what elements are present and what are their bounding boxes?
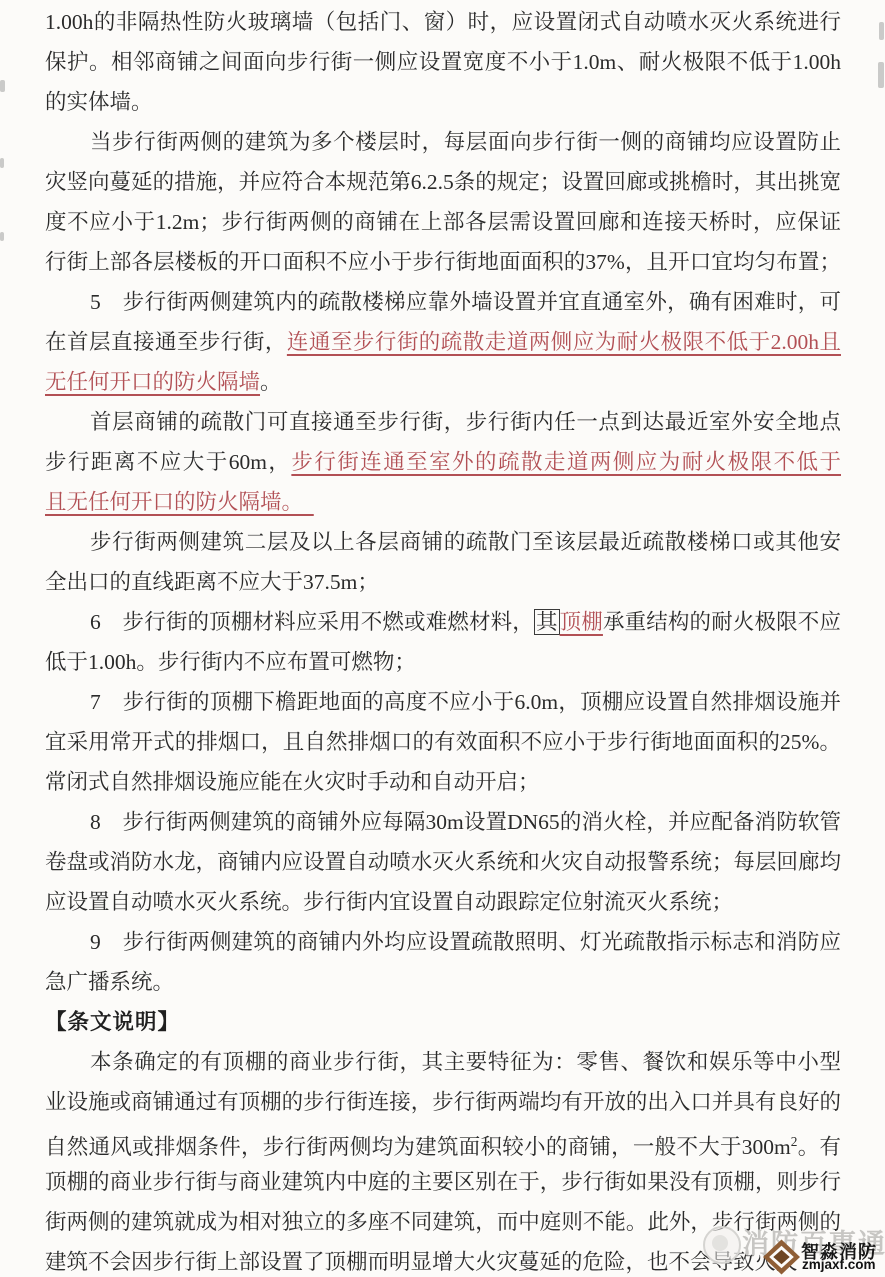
scan-artifact [0,80,5,92]
text-run: 业设施或商铺通过有顶棚的步行街连接，步行街两端均有开放的出入口并具有良好的 [45,1090,841,1114]
text-line: 7 步行街的顶棚下檐距地面的高度不应小于6.0m，顶棚应设置自然排烟设施并 [45,682,841,722]
text-line: 卷盘或消防水龙，商铺内应设置自动喷水灭火系统和火灾自动报警系统；每层回廊均 [45,842,841,882]
text-line: 急广播系统。 [45,962,841,1002]
text-run: 建筑不会因步行街上部设置了顶棚而明显增大火灾蔓延的危险，也不会导致火灾 [45,1250,798,1274]
red-underline-text: 连通至步行街的疏散走道两侧应为耐火极限不低于2.00h且 [287,330,841,354]
scan-artifact [879,22,884,40]
text-line: 步行街两侧建筑二层及以上各层商铺的疏散门至该层最近疏散楼梯口或其他安 [45,522,841,562]
text-line: 应设置自动喷水灭火系统。步行街内宜设置自动跟踪定位射流灭火系统； [45,882,841,922]
text-run: 急广播系统。 [45,970,174,994]
text-line: 行街上部各层楼板的开口面积不应小于步行街地面面积的37%，且开口宜均匀布置； [45,242,841,282]
text-line: 顶棚的商业步行街与商业建筑内中庭的主要区别在于，步行街如果没有顶棚，则步行 [45,1162,841,1202]
text-run: 宜采用常开式的排烟口，且自然排烟口的有效面积不应小于步行街地面面积的25%。 [45,730,841,754]
text-run: 9 步行街两侧建筑的商铺内外均应设置疏散照明、灯光疏散指示标志和消防应 [90,930,841,954]
document-body: 1.00h的非隔热性防火玻璃墙（包括门、窗）时，应设置闭式自动喷水灭火系统进行保… [45,2,841,1277]
text-line: 步行距离不应大于60m，步行街连通至室外的疏散走道两侧应为耐火极限不低于2.00… [45,442,841,482]
text-line: 保护。相邻商铺之间面向步行街一侧应设置宽度不小于1.0m、耐火极限不低于1.00… [45,42,841,82]
section-heading: 【条文说明】 [45,1010,180,1034]
document-page: 1.00h的非隔热性防火玻璃墙（包括门、窗）时，应设置闭式自动喷水灭火系统进行保… [0,0,885,1277]
text-run: 5 步行街两侧建筑内的疏散楼梯应靠外墙设置并宜直通室外，确有困难时，可 [90,290,841,314]
text-line: 8 步行街两侧建筑的商铺外应每隔30m设置DN65的消火栓，并应配备消防软管 [45,802,841,842]
text-run: 承重结构的耐火极限不应 [603,610,841,634]
text-run: 步行街两侧建筑二层及以上各层商铺的疏散门至该层最近疏散楼梯口或其他安 [90,530,841,554]
text-line: 自然通风或排烟条件，步行街两侧均为建筑面积较小的商铺，一般不大于300m2。有 [45,1122,841,1162]
text-line: 灾竖向蔓延的措施，并应符合本规范第6.2.5条的规定；设置回廊或挑檐时，其出挑宽 [45,162,841,202]
brand-diamond-icon [763,1239,800,1275]
scan-artifact [0,158,4,168]
text-line: 本条确定的有顶棚的商业步行街，其主要特征为：零售、餐饮和娱乐等中小型商 [45,1042,841,1082]
text-line: 度不应小于1.2m；步行街两侧的商铺在上部各层需设置回廊和连接天桥时，应保证步 [45,202,841,242]
red-underline-text: 无任何开口的防火隔墙 [45,370,260,394]
text-run: 当步行街两侧的建筑为多个楼层时，每层面向步行街一侧的商铺均应设置防止火 [90,130,841,162]
text-run: 的实体墙。 [45,90,153,114]
text-run: 自然通风或排烟条件，步行街两侧均为建筑面积较小的商铺，一般不大于300m [45,1135,791,1159]
text-line: 业设施或商铺通过有顶棚的步行街连接，步行街两端均有开放的出入口并具有良好的 [45,1082,841,1122]
text-run: 首层商铺的疏散门可直接通至步行街，步行街内任一点到达最近室外安全地点的 [90,410,841,442]
text-line: 全出口的直线距离不应大于37.5m； [45,562,841,602]
boxed-char: 其 [534,609,560,635]
text-line: 9 步行街两侧建筑的商铺内外均应设置疏散照明、灯光疏散指示标志和消防应 [45,922,841,962]
text-run: 低于1.00h。步行街内不应布置可燃物； [45,650,416,674]
text-line: 当步行街两侧的建筑为多个楼层时，每层面向步行街一侧的商铺均应设置防止火 [45,122,841,162]
text-run: 应设置自动喷水灭火系统。步行街内宜设置自动跟踪定位射流灭火系统； [45,890,733,914]
text-run: 全出口的直线距离不应大于37.5m； [45,570,379,594]
text-run: 灾竖向蔓延的措施，并应符合本规范第6.2.5条的规定；设置回廊或挑檐时，其出挑宽 [45,170,841,194]
text-run: 。 [260,370,282,394]
text-run: 。有 [797,1135,841,1159]
red-underline-text: 顶棚 [560,610,603,634]
text-run: 保护。相邻商铺之间面向步行街一侧应设置宽度不小于1.0m、耐火极限不低于1.00… [45,50,841,74]
text-line: 低于1.00h。步行街内不应布置可燃物； [45,642,841,682]
brand-url-text: zmjaxf.com [802,1257,876,1272]
text-run: 在首层直接通至步行街， [45,330,287,354]
scan-artifact [0,232,4,241]
text-line: 宜采用常开式的排烟口，且自然排烟口的有效面积不应小于步行街地面面积的25%。 [45,722,841,762]
text-line: 6 步行街的顶棚材料应采用不燃或难燃材料，其顶棚承重结构的耐火极限不应 [45,602,841,642]
text-run: 卷盘或消防水龙，商铺内应设置自动喷水灭火系统和火灾自动报警系统；每层回廊均 [45,850,841,874]
text-run: 行街上部各层楼板的开口面积不应小于步行街地面面积的37%，且开口宜均匀布置； [45,250,841,274]
text-line: 的实体墙。 [45,82,841,122]
text-run: 7 步行街的顶棚下檐距地面的高度不应小于6.0m，顶棚应设置自然排烟设施并 [90,690,841,714]
text-run: 顶棚的商业步行街与商业建筑内中庭的主要区别在于，步行街如果没有顶棚，则步行 [45,1170,841,1194]
text-line: 且无任何开口的防火隔墙。 [45,482,841,522]
text-line: 无任何开口的防火隔墙。 [45,362,841,402]
text-line: 首层商铺的疏散门可直接通至步行街，步行街内任一点到达最近室外安全地点的 [45,402,841,442]
text-run: 本条确定的有顶棚的商业步行街，其主要特征为：零售、餐饮和娱乐等中小型商 [90,1050,841,1082]
red-underline-text: 且无任何开口的防火隔墙。 [45,490,314,514]
text-run: 1.00h的非隔热性防火玻璃墙（包括门、窗）时，应设置闭式自动喷水灭火系统进行 [45,10,841,34]
scan-artifact [878,62,884,88]
text-line: 常闭式自然排烟设施应能在火灾时手动和自动开启； [45,762,841,802]
faint-circle-logo-icon [703,1226,741,1264]
text-run: 度不应小于1.2m；步行街两侧的商铺在上部各层需设置回廊和连接天桥时，应保证步 [45,210,841,242]
text-run: 6 步行街的顶棚材料应采用不燃或难燃材料， [90,610,534,634]
text-line: 1.00h的非隔热性防火玻璃墙（包括门、窗）时，应设置闭式自动喷水灭火系统进行 [45,2,841,42]
text-line: 在首层直接通至步行街，连通至步行街的疏散走道两侧应为耐火极限不低于2.00h且 [45,322,841,362]
text-run: 步行距离不应大于60m， [45,450,291,474]
text-run: 8 步行街两侧建筑的商铺外应每隔30m设置DN65的消火栓，并应配备消防软管 [90,810,841,834]
text-line: 【条文说明】 [45,1002,841,1042]
text-line: 5 步行街两侧建筑内的疏散楼梯应靠外墙设置并宜直通室外，确有困难时，可 [45,282,841,322]
text-run: 常闭式自然排烟设施应能在火灾时手动和自动开启； [45,770,540,794]
